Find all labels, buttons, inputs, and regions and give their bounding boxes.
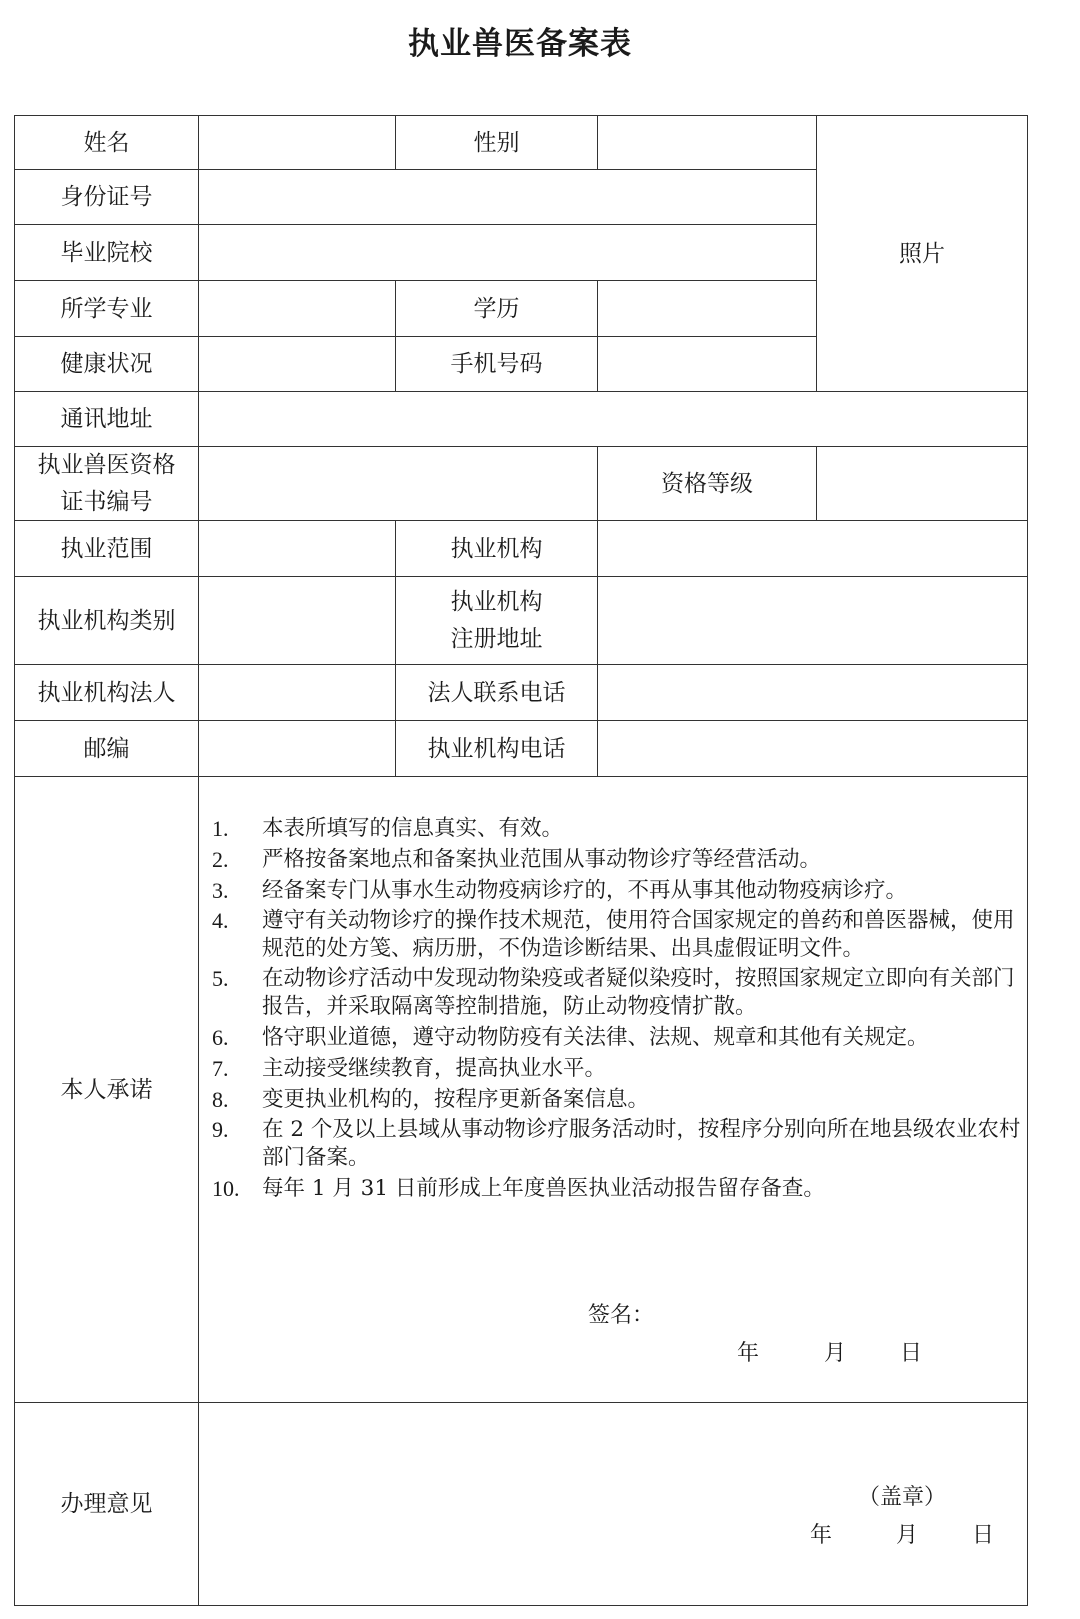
label-institution-reg-address-line1: 执业机构 bbox=[451, 584, 543, 621]
label-institution: 执业机构 bbox=[395, 520, 598, 577]
pledge-item: 2. 严格按备案地点和备案执业范围从事动物诊疗等经营活动。 bbox=[212, 845, 1022, 874]
label-name: 姓名 bbox=[14, 115, 199, 170]
label-institution-reg-address-line2: 注册地址 bbox=[451, 621, 543, 658]
health-field[interactable] bbox=[198, 336, 396, 392]
label-pledge: 本人承诺 bbox=[14, 776, 199, 1403]
signature-day-label: 日 bbox=[900, 1336, 922, 1367]
cert-number-field[interactable] bbox=[198, 446, 598, 521]
label-address: 通讯地址 bbox=[14, 391, 199, 447]
label-id-number: 身份证号 bbox=[14, 169, 199, 225]
institution-field[interactable] bbox=[597, 520, 1028, 577]
id-number-field[interactable] bbox=[198, 169, 817, 225]
gender-field[interactable] bbox=[597, 115, 817, 170]
label-institution-reg-address: 执业机构 注册地址 bbox=[395, 576, 598, 665]
label-institution-legal-person: 执业机构法人 bbox=[14, 664, 199, 721]
pledge-item: 3. 经备案专门从事水生动物疫病诊疗的，不再从事其他动物疫病诊疗。 bbox=[212, 876, 1022, 905]
label-opinion: 办理意见 bbox=[14, 1402, 199, 1606]
page-title: 执业兽医备案表 bbox=[0, 18, 1040, 63]
postcode-field[interactable] bbox=[198, 720, 396, 777]
address-field[interactable] bbox=[198, 391, 1028, 447]
pledge-item: 8. 变更执业机构的，按程序更新备案信息。 bbox=[212, 1085, 1022, 1114]
signature-month-label: 月 bbox=[824, 1336, 846, 1367]
label-gender: 性别 bbox=[395, 115, 598, 170]
mobile-field[interactable] bbox=[597, 336, 817, 392]
legal-person-phone-field[interactable] bbox=[597, 664, 1028, 721]
label-major: 所学专业 bbox=[14, 280, 199, 337]
label-health: 健康状况 bbox=[14, 336, 199, 392]
pledge-list: 1. 本表所填写的信息真实、有效。 2. 严格按备案地点和备案执业范围从事动物诊… bbox=[212, 814, 1022, 1205]
label-legal-person-phone: 法人联系电话 bbox=[395, 664, 598, 721]
cert-level-field[interactable] bbox=[816, 446, 1028, 521]
pledge-item: 1. 本表所填写的信息真实、有效。 bbox=[212, 814, 1022, 843]
stamp-day-label: 日 bbox=[972, 1518, 994, 1549]
institution-legal-person-field[interactable] bbox=[198, 664, 396, 721]
photo-box[interactable]: 照片 bbox=[816, 115, 1028, 392]
pledge-item: 9. 在 2 个及以上县域从事动物诊疗服务活动时，按程序分别向所在地县级农业农村… bbox=[212, 1116, 1022, 1172]
signature-year-label: 年 bbox=[737, 1336, 759, 1367]
signature-label: 签名： bbox=[588, 1298, 654, 1329]
pledge-item: 7. 主动接受继续教育，提高执业水平。 bbox=[212, 1054, 1022, 1083]
label-cert-level: 资格等级 bbox=[597, 446, 817, 521]
label-practice-scope: 执业范围 bbox=[14, 520, 199, 577]
name-field[interactable] bbox=[198, 115, 396, 170]
label-institution-type: 执业机构类别 bbox=[14, 576, 199, 665]
pledge-item: 5. 在动物诊疗活动中发现动物染疫或者疑似染疫时，按照国家规定立即向有关部门报告… bbox=[212, 965, 1022, 1021]
label-education: 学历 bbox=[395, 280, 598, 337]
label-school: 毕业院校 bbox=[14, 224, 199, 281]
institution-type-field[interactable] bbox=[198, 576, 396, 665]
stamp-year-label: 年 bbox=[810, 1518, 832, 1549]
stamp-label: （盖章） bbox=[858, 1480, 946, 1511]
pledge-item: 4. 遵守有关动物诊疗的操作技术规范，使用符合国家规定的兽药和兽医器械，使用规范… bbox=[212, 907, 1022, 963]
label-mobile: 手机号码 bbox=[395, 336, 598, 392]
pledge-item: 6. 恪守职业道德，遵守动物防疫有关法律、法规、规章和其他有关规定。 bbox=[212, 1023, 1022, 1052]
label-cert-number: 执业兽医资格 证书编号 bbox=[14, 446, 199, 521]
pledge-item: 10. 每年 1 月 31 日前形成上年度兽医执业活动报告留存备查。 bbox=[212, 1174, 1022, 1203]
signature-field[interactable] bbox=[660, 1290, 960, 1326]
stamp-month-label: 月 bbox=[896, 1518, 918, 1549]
label-postcode: 邮编 bbox=[14, 720, 199, 777]
major-field[interactable] bbox=[198, 280, 396, 337]
practice-scope-field[interactable] bbox=[198, 520, 396, 577]
school-field[interactable] bbox=[198, 224, 817, 281]
label-cert-number-line1: 执业兽医资格 bbox=[38, 447, 176, 484]
label-institution-phone: 执业机构电话 bbox=[395, 720, 598, 777]
education-field[interactable] bbox=[597, 280, 817, 337]
institution-reg-address-field[interactable] bbox=[597, 576, 1028, 665]
institution-phone-field[interactable] bbox=[597, 720, 1028, 777]
label-cert-number-line2: 证书编号 bbox=[61, 484, 153, 521]
